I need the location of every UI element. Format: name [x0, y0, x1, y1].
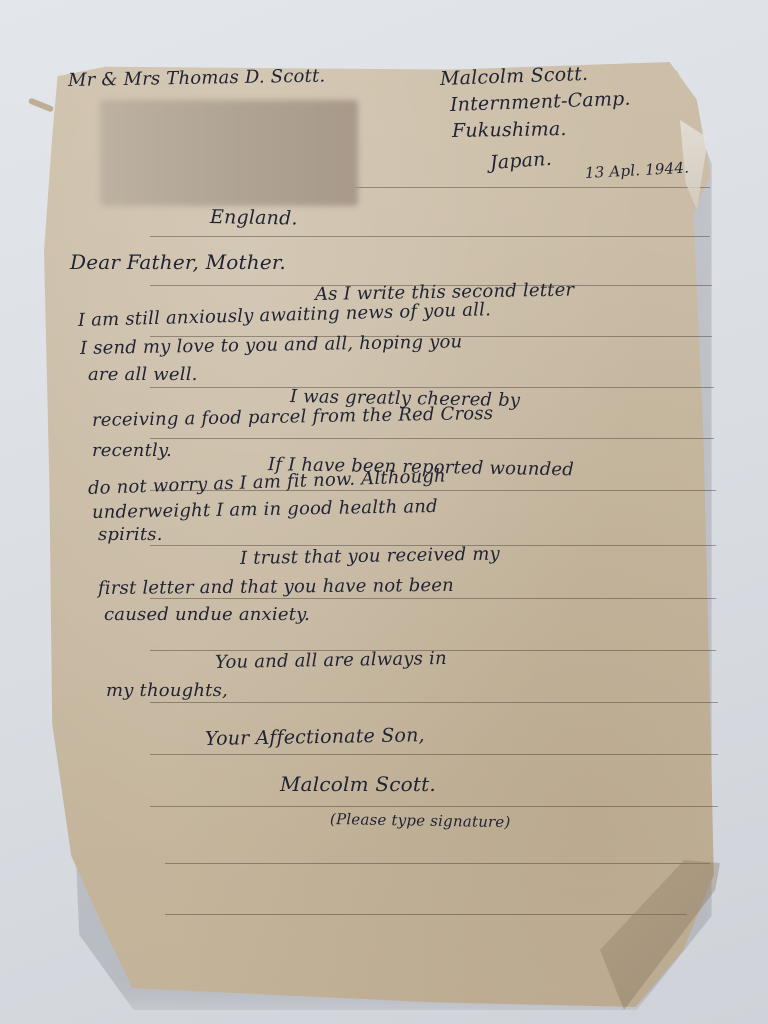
recipient-name: Mr & Mrs Thomas D. Scott. [68, 66, 326, 91]
ruled-line [150, 598, 716, 599]
salutation: Dear Father, Mother. [70, 250, 286, 274]
ruled-line [150, 754, 718, 755]
body-line: You and all are always in [215, 648, 447, 673]
body-line: my thoughts, [106, 680, 228, 701]
ruled-line [165, 914, 687, 915]
redacted-address [100, 100, 358, 206]
postscript-note: (Please type signature) [330, 810, 511, 831]
sender-location-city: Fukushima. [452, 118, 567, 142]
body-line: recently. [92, 440, 172, 461]
ruled-line [150, 438, 714, 439]
torn-paper-fiber [28, 97, 54, 112]
body-line: spirits. [98, 524, 163, 545]
ruled-line [165, 863, 710, 864]
ruled-line [150, 236, 710, 237]
sender-country: Japan. [489, 148, 552, 174]
ruled-line [150, 806, 718, 807]
closing: Your Affectionate Son, [205, 724, 425, 750]
signature: Malcolm Scott. [280, 772, 436, 796]
body-line: first letter and that you have not been [98, 575, 454, 599]
body-line: caused undue anxiety. [104, 604, 310, 625]
body-line: are all well. [88, 364, 198, 385]
ruled-line [150, 702, 718, 703]
recipient-country: England. [210, 206, 298, 230]
